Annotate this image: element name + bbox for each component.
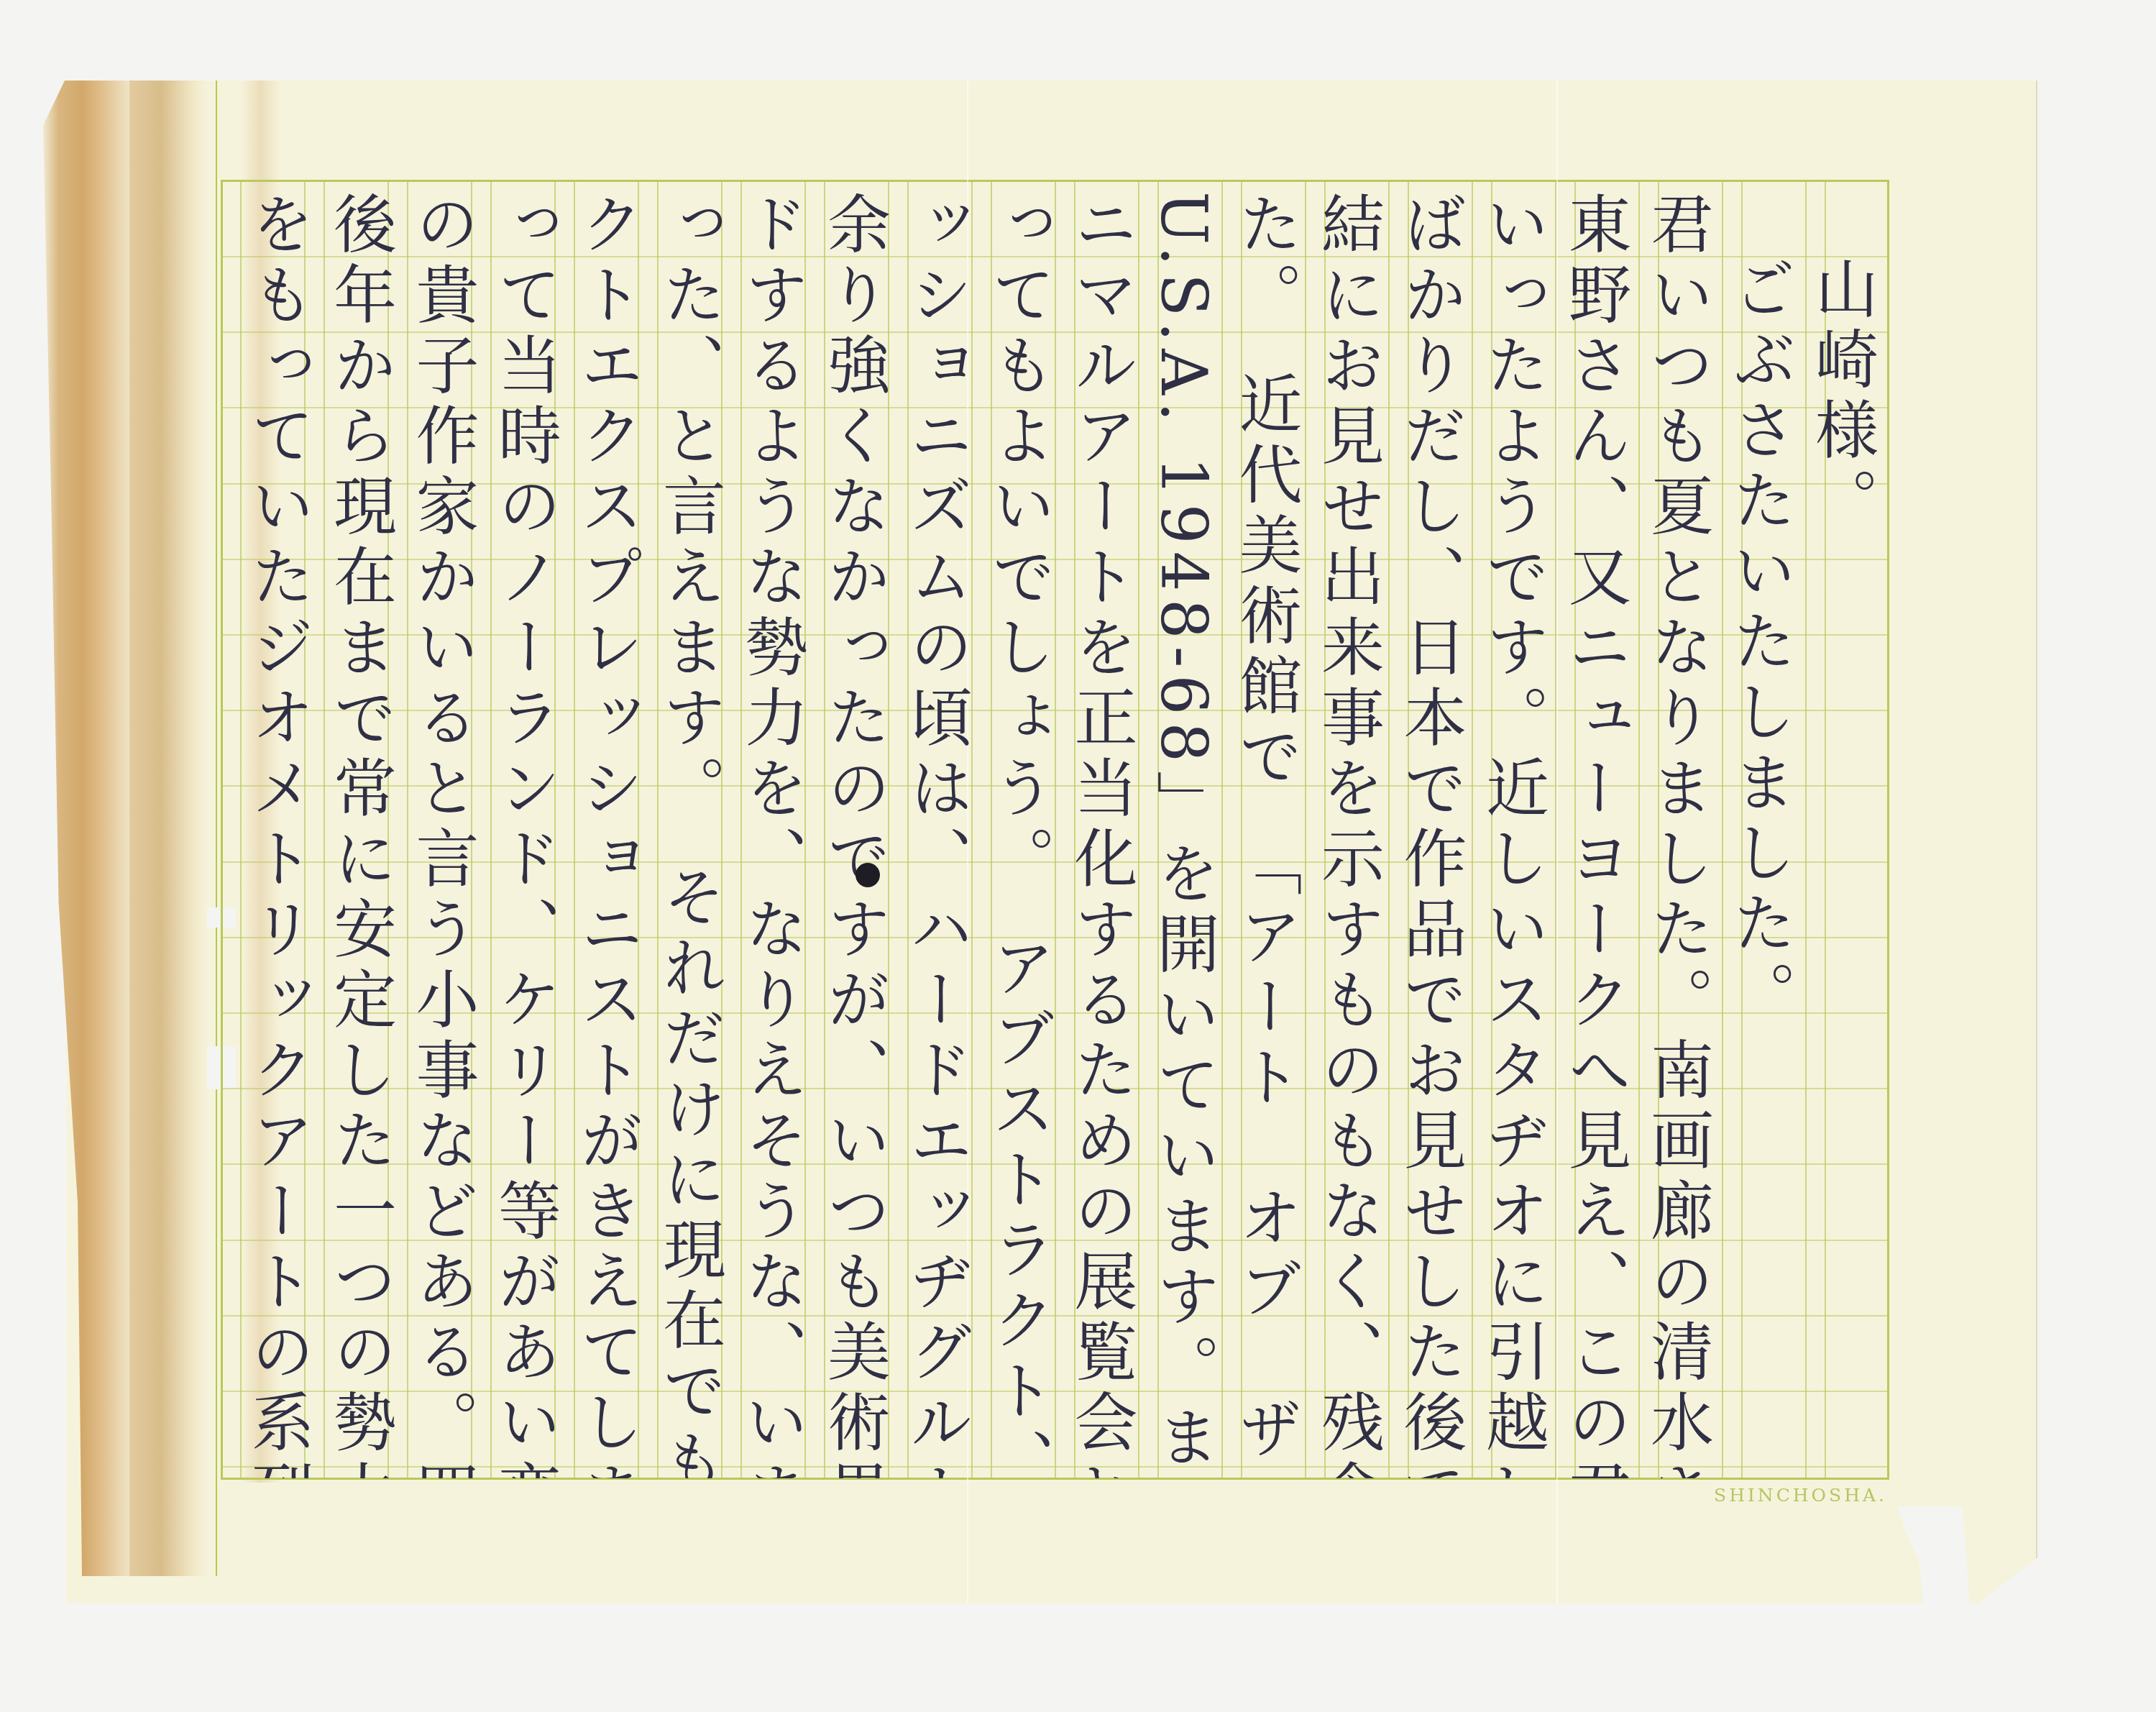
- text-column: 山崎様。: [1802, 191, 1884, 1543]
- text-column: U.S.A. 1948-68」を開いています。まあ、ミ: [1143, 191, 1226, 1478]
- text-column: 後年から現在まで常に安定した一つの勢力: [320, 191, 403, 1478]
- text-column: 君いつも夏となりました。南画廊の清水さんと、: [1637, 191, 1720, 1478]
- handwritten-text-columns: 山崎様。 ごぶさたいたしました。 君いつも夏となりました。南画廊の清水さんと、 …: [237, 191, 1884, 1471]
- torn-stained-edge: [43, 81, 129, 1576]
- text-column: をもっていたジオメトリックアートの系列: [237, 191, 320, 1478]
- text-column: クトエクスプレッショニストがきえてしまったのには: [566, 191, 649, 1478]
- text-column: って当時のノーランド、ケリー等があい変わらず第一線: [485, 191, 567, 1478]
- text-column: ってもよいでしょう。 アブストラクト、エクスプレ: [978, 191, 1061, 1478]
- water-stain: [129, 81, 208, 1576]
- text-column: 東野さん、又ニューヨークへ見え、この君さんいさみま: [1554, 191, 1637, 1478]
- text-column: った、と言えます。 それだけに現在でもじのアブストラ: [649, 191, 732, 1478]
- text-column: の貴子作家かいると言う小事などある。四十年代: [402, 191, 485, 1478]
- text-column: ニマルアートを正当化するための展覧会と言: [1060, 191, 1143, 1478]
- ink-blot: [855, 863, 880, 887]
- publisher-imprint: SHINCHOSHA.: [1714, 1485, 1887, 1506]
- text-column: ごぶさたいたしました。: [1719, 191, 1802, 1543]
- binding-margin-line: [216, 81, 217, 1576]
- text-column: た。 近代美術館で 「アート オブ ザ リアル: [1225, 191, 1308, 1478]
- text-column: 結にお見せ出来事を示すものもなく、残念でし: [1308, 191, 1390, 1478]
- text-column: ばかりだし、日本で作品でお見せした後ですので: [1390, 191, 1472, 1478]
- text-column: ドするような勢力を、なりえそうな、いまいに現在にいた: [731, 191, 814, 1478]
- text-column: いったようです。近しいスタヂオに引越した: [1472, 191, 1555, 1478]
- text-column: ッショニズムの頃は、ハードエッヂグループの勢力は、: [896, 191, 978, 1478]
- text-column: 余り強くなかったのですが、いつも美術界をリー: [814, 191, 896, 1478]
